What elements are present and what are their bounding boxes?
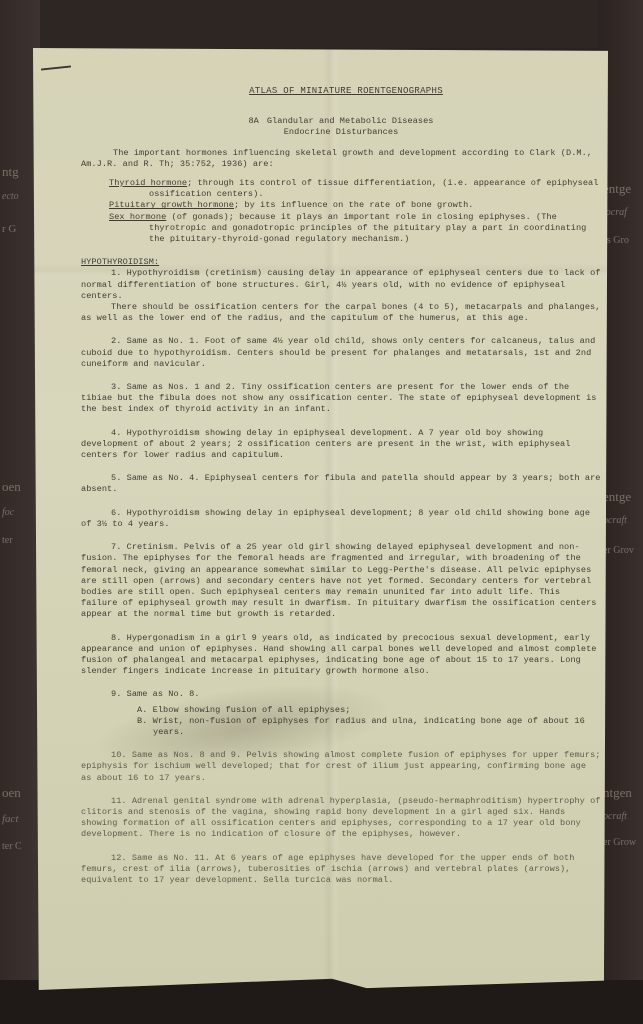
hormone-text: ; through its control of tissue differen… — [149, 178, 598, 199]
item-text: Hypothyroidism showing delay in epiphyse… — [81, 508, 590, 529]
hormone-item: Sex hormone (of gonads); because it play… — [109, 212, 601, 246]
spine-fragment: er Grov — [603, 546, 634, 556]
numbered-item: 9. Same as No. 8. A. Elbow showing fusio… — [81, 689, 601, 738]
numbered-item: 2. Same as No. 1. Foot of same 4½ year o… — [81, 336, 601, 370]
section-heading: HYPOTHYROIDISM: — [81, 257, 601, 268]
hormone-item: Pituitary growth hormone; by its influen… — [109, 200, 601, 211]
numbered-item: 8. Hypergonadism in a girl 9 years old, … — [81, 633, 601, 678]
hormone-name: Pituitary growth hormone — [109, 200, 234, 210]
item-number: 2. — [111, 336, 121, 346]
item-number: 10. — [111, 750, 127, 760]
hormone-text: ; by its influence on the rate of bone g… — [234, 200, 474, 210]
numbered-item: 1. Hypothyroidism (cretinism) causing de… — [81, 268, 601, 324]
spine-fragment: foc — [2, 508, 14, 518]
numbered-item: 10. Same as Nos. 8 and 9. Pelvis showing… — [81, 750, 601, 784]
hormone-name: Sex hormone — [109, 212, 166, 222]
spine-fragment: ntgen — [603, 786, 632, 799]
item-number: 12. — [111, 853, 127, 863]
spine-fragment: ocraft — [603, 516, 627, 526]
item-number: 3. — [111, 382, 121, 392]
spine-fragment: oen — [2, 480, 21, 493]
item-number: 11. — [111, 796, 127, 806]
item-text: Hypothyroidism (cretinism) causing delay… — [81, 268, 601, 300]
spine-fragment: oen — [2, 786, 21, 799]
item-text: Same as Nos. 1 and 2. Tiny ossification … — [81, 382, 597, 414]
numbered-item: 12. Same as No. 11. At 6 years of age ep… — [81, 853, 601, 887]
spine-fragment: fact — [2, 814, 19, 825]
numbered-item: 7. Cretinism. Pelvis of a 25 year old gi… — [81, 542, 601, 620]
sub-item: B. Wrist, non-fusion of epiphyses for ra… — [137, 716, 601, 738]
item-number: 4. — [111, 428, 121, 438]
numbered-item: 11. Adrenal genital syndrome with adrena… — [81, 796, 601, 841]
item-number: 1. — [111, 268, 121, 278]
spine-fragment: er Grow — [603, 838, 636, 848]
sub-item-text: Elbow showing fusion of all epiphyses; — [153, 705, 351, 715]
hormone-item: Thyroid hormone; through its control of … — [109, 178, 601, 200]
hormone-text: (of gonads); because it plays an importa… — [149, 212, 586, 244]
item-number: 7. — [111, 542, 121, 552]
item-number: 5. — [111, 473, 121, 483]
background-surface-top — [0, 0, 643, 48]
section-number: 8A — [248, 116, 258, 126]
spine-fragment: ter — [2, 536, 13, 546]
pencil-mark — [41, 65, 71, 70]
numbered-item: 3. Same as Nos. 1 and 2. Tiny ossificati… — [81, 382, 601, 416]
item-text: Hypergonadism in a girl 9 years old, as … — [81, 633, 597, 677]
sub-item-label: B. — [137, 716, 147, 726]
numbered-item: 4. Hypothyroidism showing delay in epiph… — [81, 428, 601, 462]
sub-item-text: Wrist, non-fusion of epiphyses for radiu… — [153, 716, 585, 737]
item-number: 6. — [111, 508, 121, 518]
document-body: ATLAS OF MINIATURE ROENTGENOGRAPHS 8AGla… — [81, 86, 601, 886]
sub-item-list: A. Elbow showing fusion of all epiphyses… — [81, 705, 601, 739]
sub-item-label: A. — [137, 705, 147, 715]
item-text: Hypothyroidism showing delay in epiphyse… — [81, 428, 570, 460]
item-text: Same as No. 11. At 6 years of age epiphy… — [81, 853, 574, 885]
section-title: Glandular and Metabolic Diseases — [267, 116, 434, 126]
spine-fragment: ntg — [2, 165, 19, 178]
item-text: Same as No. 1. Foot of same 4½ year old … — [81, 336, 595, 368]
item-text: Adrenal genital syndrome with adrenal hy… — [81, 796, 600, 840]
numbered-item: 5. Same as No. 4. Epiphyseal centers for… — [81, 473, 601, 495]
item-text: Same as Nos. 8 and 9. Pelvis showing alm… — [81, 750, 600, 782]
typewritten-document: ATLAS OF MINIATURE ROENTGENOGRAPHS 8AGla… — [33, 48, 608, 990]
item-number: 9. — [111, 689, 121, 699]
sub-item: A. Elbow showing fusion of all epiphyses… — [137, 705, 601, 716]
numbered-item: 6. Hypothyroidism showing delay in epiph… — [81, 508, 601, 530]
item-text: Same as No. 4. Epiphyseal centers for fi… — [81, 473, 601, 494]
section-title-line: 8AGlandular and Metabolic Diseases — [81, 116, 601, 127]
spine-fragment: ocraft — [603, 812, 627, 822]
spine-fragment: entge — [603, 490, 631, 503]
item-text: Same as No. 8. — [127, 689, 200, 699]
item-text: Cretinism. Pelvis of a 25 year old girl … — [81, 542, 597, 619]
hormone-list: Thyroid hormone; through its control of … — [81, 178, 601, 245]
spine-fragment: r G — [2, 224, 16, 235]
document-title: ATLAS OF MINIATURE ROENTGENOGRAPHS — [91, 86, 601, 97]
item-text-continued: There should be ossification centers for… — [81, 302, 601, 324]
spine-fragment: ter C — [2, 842, 22, 852]
intro-paragraph: The important hormones influencing skele… — [81, 148, 601, 170]
item-number: 8. — [111, 633, 121, 643]
hormone-name: Thyroid hormone — [109, 178, 187, 188]
section-subtitle: Endocrine Disturbances — [81, 127, 601, 138]
spine-fragment: ecto — [2, 192, 19, 202]
